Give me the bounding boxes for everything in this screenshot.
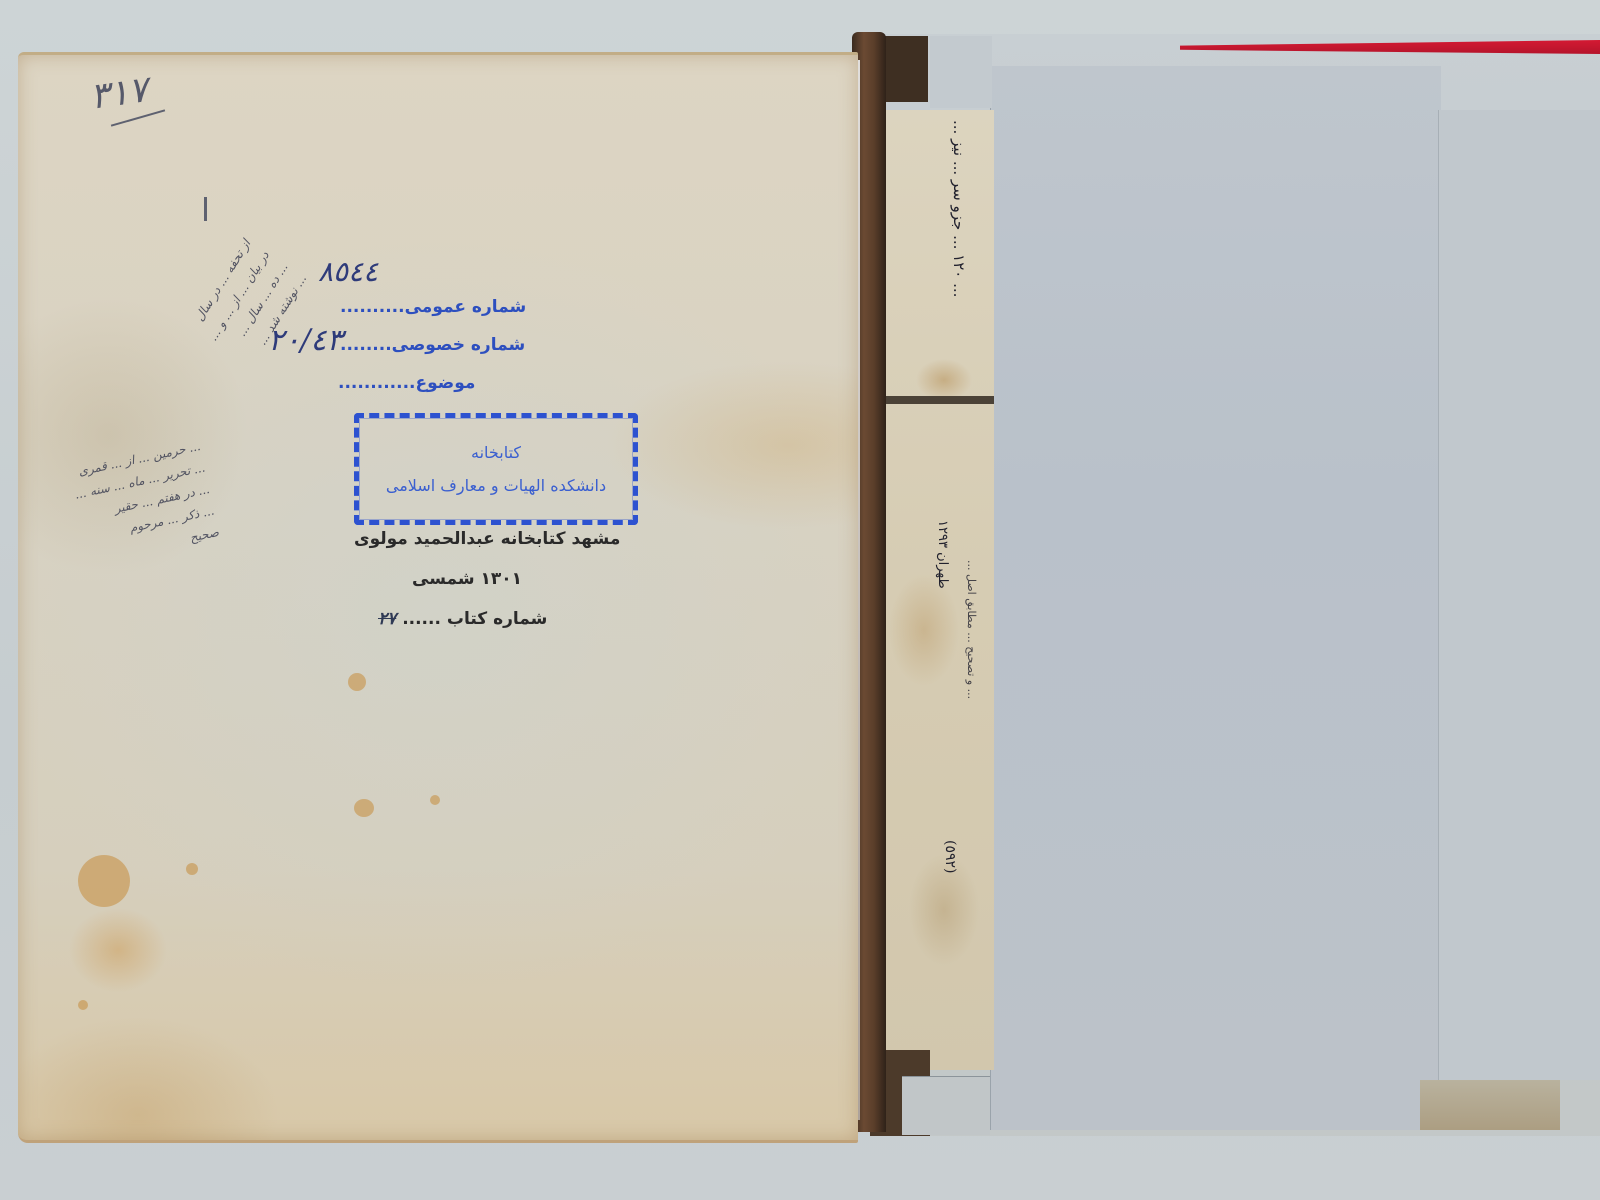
subject-line: موضوع............	[338, 373, 475, 393]
pastedown-paper	[990, 66, 1441, 1130]
book-number-line: شماره کتاب ...... ٢٧	[378, 609, 547, 629]
book-number-handwritten: ٢٧	[378, 609, 396, 629]
stain	[430, 795, 440, 805]
label-strip-text-top: ... ۱۲۰ ... جزو سر ... نیز ...	[950, 120, 968, 297]
ownership-year: ١٣٠١ شمسی	[412, 569, 522, 589]
label-strip-divider	[884, 396, 994, 404]
special-number-dots: ........	[340, 335, 392, 355]
special-number-handwritten: ٢٠/٤٣	[268, 323, 343, 358]
library-stamp: کتابخانه دانشکده الهیات و معارف اسلامی	[354, 413, 638, 525]
label-strip-number: (٥٩٢)	[942, 840, 958, 874]
special-number-line: شماره خصوصی........	[340, 335, 525, 355]
cover-top-leather-corner	[884, 36, 928, 102]
general-number-label: شماره عمومی	[405, 297, 527, 317]
handwritten-colophon-notes: ... حرمین ... از ... قمری ... تحریر ... …	[18, 435, 221, 595]
stain	[348, 673, 366, 691]
subject-dots: ............	[338, 373, 416, 393]
year-label: شمسی	[412, 569, 475, 589]
pastedown-right-panel	[1438, 110, 1600, 1080]
label-strip-text-bottom: طهران ۱۲۹۳	[935, 520, 950, 589]
library-stamp-institution: دانشکده الهیات و معارف اسلامی	[386, 476, 606, 495]
special-number-label: شماره خصوصی	[392, 335, 526, 355]
book-number-label: شماره کتاب	[447, 609, 548, 629]
flyleaf-page: ٣١٧ از تحفه ... در سال در بیان ... از ..…	[18, 52, 858, 1143]
binding-thread	[858, 60, 860, 1120]
stain	[354, 799, 374, 817]
ownership-line: مشهد کتابخانه عبدالحمید مولوی	[354, 529, 620, 549]
general-number-dots: ..........	[340, 297, 405, 317]
cover-top-paper-corner	[930, 36, 992, 108]
subject-label: موضوع	[416, 373, 476, 393]
manuscript-photo: ... ۱۲۰ ... جزو سر ... نیز ... طهران ۱۲۹…	[0, 0, 1600, 1200]
pencil-page-marker	[204, 197, 207, 221]
accession-number-handwritten: ٨٥٤٤	[318, 255, 378, 288]
stain	[78, 1000, 88, 1010]
cover-bottom-stain	[1420, 1080, 1560, 1130]
year-value: ١٣٠١	[481, 569, 523, 589]
cover-bottom-paper-patch	[902, 1076, 990, 1135]
stain	[78, 855, 130, 907]
stain	[186, 863, 198, 875]
general-number-line: شماره عمومی..........	[340, 297, 526, 317]
pencil-folio-number: ٣١٧	[87, 69, 150, 118]
label-strip-faint-line: ... و تصحیح ... مطابق اصل ...	[965, 560, 978, 699]
library-stamp-title: کتابخانه	[471, 443, 521, 462]
book-number-dots: ......	[402, 609, 441, 629]
